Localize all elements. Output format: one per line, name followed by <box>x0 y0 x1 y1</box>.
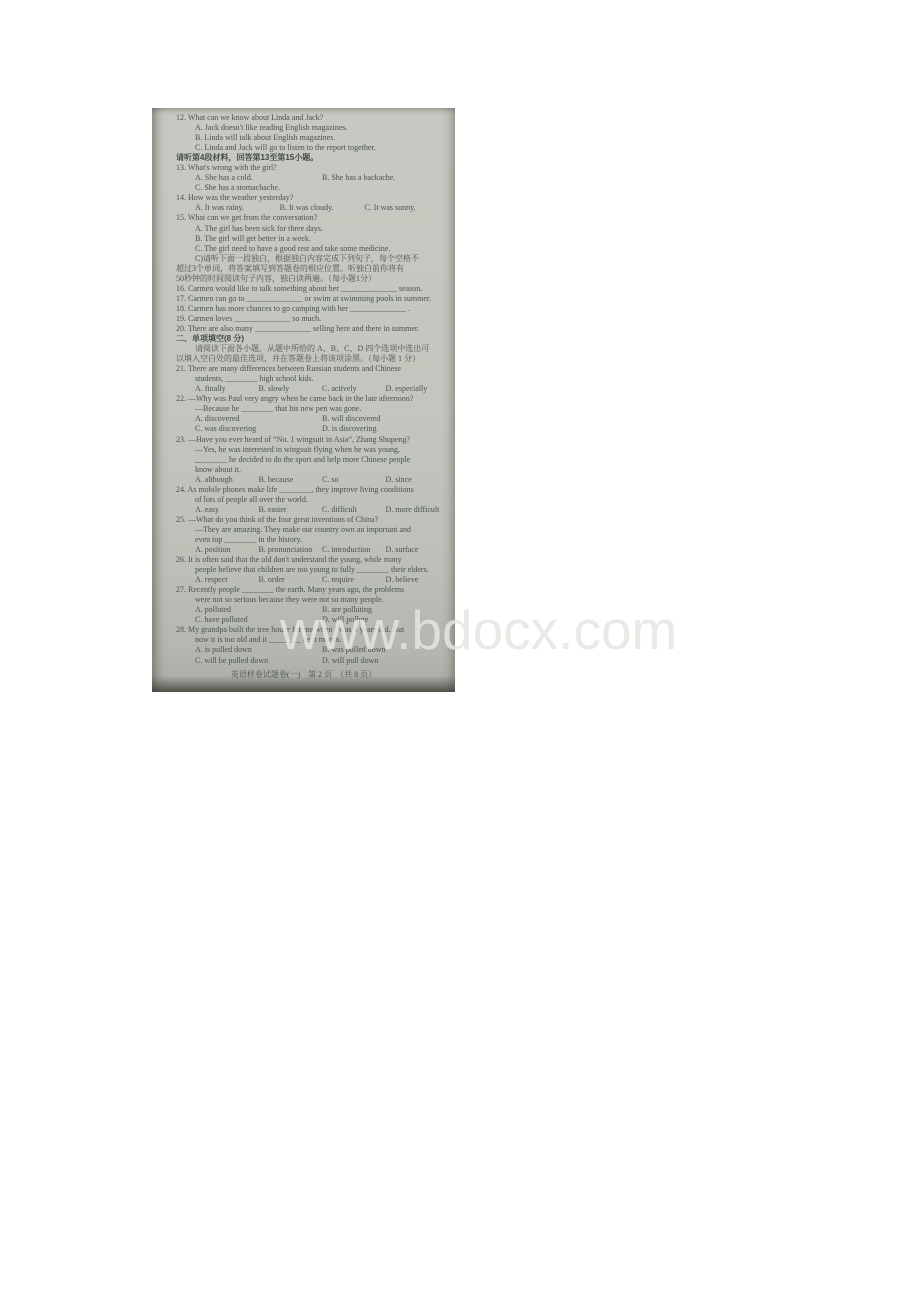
page-background: { "watermark": { "text": "www.bdocx.com"… <box>0 0 920 1302</box>
exam-text-line: A. The girl has been sick for three days… <box>176 224 449 234</box>
option-text: D. since <box>386 475 450 485</box>
option-text: A. position <box>195 545 259 555</box>
exam-text-line: C. She has a stomachache. <box>176 183 449 193</box>
exam-text-line: 14. How was the weather yesterday? <box>176 193 449 203</box>
option-text: A. is pulled down <box>195 645 322 655</box>
exam-text-line: 22. —Why was Paul very angry when he cam… <box>176 394 449 404</box>
exam-text-line: 超过3个单词，将答案填写到答题卷的相应位置。听独白前你将有 <box>176 264 449 274</box>
exam-text-line: people believe that children are too you… <box>176 565 449 575</box>
option-text: B. because <box>259 475 323 485</box>
exam-text-line: 28. My grandpa built the tree house for … <box>176 625 449 635</box>
option-text: D. surface <box>386 545 450 555</box>
exam-text-line: 21. There are many differences between R… <box>176 364 449 374</box>
option-text: A. respect <box>195 575 259 585</box>
exam-text-line: 以填入空白处的最佳选项，并在答题卷上将该项涂黑。（每小题 1 分） <box>176 354 449 364</box>
exam-text-line: of lots of people all over the world. <box>176 495 449 505</box>
exam-text-line: B. The girl will get better in a week. <box>176 234 449 244</box>
option-text: B. She has a backache. <box>322 173 449 183</box>
option-text: C. It was sunny. <box>364 203 449 213</box>
exam-text-line: ________ he decided to do the sport and … <box>176 455 449 465</box>
exam-text-line: students, ________ high school kids. <box>176 374 449 384</box>
exam-text-line: A. It was rainy.B. It was cloudy.C. It w… <box>176 203 449 213</box>
exam-text-line: A. pollutedB. are polluting <box>176 605 449 615</box>
option-text: B. was pulled down <box>322 645 449 655</box>
exam-text-line: 20. There are also many ______________ s… <box>176 324 449 334</box>
option-text: D. is discovering <box>322 424 449 434</box>
exam-text-line: 23. —Have you ever heard of “No. 1 wings… <box>176 435 449 445</box>
exam-text-line: were not so serious because they were no… <box>176 595 449 605</box>
exam-text-line: —Because he ________ that his new pen wa… <box>176 404 449 414</box>
exam-text-line: C)请听下面一段独白，根据独白内容完成下列句子，每个空格不 <box>176 254 449 264</box>
exam-text-line: C. will be pulled downD. will pull down <box>176 656 449 666</box>
exam-text-line: —They are amazing. They make our country… <box>176 525 449 535</box>
option-text: C. introduction <box>322 545 386 555</box>
exam-text-line: A. finallyB. slowlyC. activelyD. especia… <box>176 384 449 394</box>
exam-text-line: 27. Recently people ________ the earth. … <box>176 585 449 595</box>
page-footer: 英语样卷试题卷(一) 第 2 页 （共 8 页） <box>152 669 455 680</box>
exam-text-line: 12. What can we know about Linda and Jac… <box>176 113 449 123</box>
exam-text-line: B. Linda will talk about English magazin… <box>176 133 449 143</box>
exam-text-line: C. have pollutedD. will pollute <box>176 615 449 625</box>
exam-text-line: 50秒钟的时间阅读句子内容，独白读两遍。（每小题1分） <box>176 274 449 284</box>
exam-text-line: 26. It is often said that the old don't … <box>176 555 449 565</box>
option-text: D. especially <box>386 384 450 394</box>
exam-text-line: 13. What's wrong with the girl? <box>176 163 449 173</box>
option-text: C. have polluted <box>195 615 322 625</box>
option-text: B. It was cloudy. <box>280 203 365 213</box>
exam-text-line: 25. —What do you think of the four great… <box>176 515 449 525</box>
option-text: D. believe <box>386 575 450 585</box>
option-text: B. will discovered <box>322 414 449 424</box>
exam-text-line: A. easyB. easierC. difficultD. more diff… <box>176 505 449 515</box>
exam-text-line: 17. Carmen can go to ______________ or s… <box>176 294 449 304</box>
exam-text-line: 19. Carmen loves ______________ so much. <box>176 314 449 324</box>
exam-text-line: C. The girl need to have a good rest and… <box>176 244 449 254</box>
option-text: B. are polluting <box>322 605 449 615</box>
option-text: C. require <box>322 575 386 585</box>
exam-text-line: 请听第4段材料，回答第13至第15小题。 <box>176 153 449 163</box>
option-text: A. finally <box>195 384 259 394</box>
scanned-exam-page: 12. What can we know about Linda and Jac… <box>152 108 455 692</box>
exam-text-line: A. althoughB. becauseC. soD. since <box>176 475 449 485</box>
exam-text-line: A. discoveredB. will discovered <box>176 414 449 424</box>
exam-text-line: —Yes, he was interested in wingsuit flyi… <box>176 445 449 455</box>
option-text: D. will pull down <box>322 656 449 666</box>
option-text: D. will pollute <box>322 615 449 625</box>
option-text: A. easy <box>195 505 259 515</box>
option-text: A. She has a cold. <box>195 173 322 183</box>
exam-text-line: 16. Carmen would like to talk something … <box>176 284 449 294</box>
option-text: B. order <box>259 575 323 585</box>
option-text: B. pronunciation <box>259 545 323 555</box>
exam-text-line: C. Linda and Jack will go to listen to t… <box>176 143 449 153</box>
exam-text-line: A. Jack doesn't like reading English mag… <box>176 123 449 133</box>
exam-text-line: 24. As mobile phones make life ________,… <box>176 485 449 495</box>
exam-text-line: 15. What can we get from the conversatio… <box>176 213 449 223</box>
option-text: C. actively <box>322 384 386 394</box>
option-text: D. more difficult <box>386 505 450 515</box>
exam-text-line: now it is too old and it ________ next m… <box>176 635 449 645</box>
option-text: A. polluted <box>195 605 322 615</box>
option-text: C. was discovering <box>195 424 322 434</box>
exam-text-line: A. She has a cold.B. She has a backache. <box>176 173 449 183</box>
exam-text-line: A. positionB. pronunciationC. introducti… <box>176 545 449 555</box>
option-text: C. difficult <box>322 505 386 515</box>
option-text: A. although <box>195 475 259 485</box>
option-text: A. It was rainy. <box>195 203 280 213</box>
option-text: B. easier <box>259 505 323 515</box>
option-text: C. will be pulled down <box>195 656 322 666</box>
exam-text-line: 请阅读下面各小题，从题中所给的 A、B、C、D 四个选项中选出可 <box>176 344 449 354</box>
option-text: A. discovered <box>195 414 322 424</box>
exam-text-line: even top ________ in the history. <box>176 535 449 545</box>
exam-text-line: A. is pulled downB. was pulled down <box>176 645 449 655</box>
option-text: B. slowly <box>259 384 323 394</box>
option-text: C. so <box>322 475 386 485</box>
exam-text-line: know about it. <box>176 465 449 475</box>
exam-text-line: 二、单项填空(8 分) <box>176 334 449 344</box>
exam-text-line: C. was discoveringD. is discovering <box>176 424 449 434</box>
exam-text: 12. What can we know about Linda and Jac… <box>176 113 449 666</box>
exam-text-line: 18. Carmen has more chances to go campin… <box>176 304 449 314</box>
exam-text-line: A. respectB. orderC. requireD. believe <box>176 575 449 585</box>
